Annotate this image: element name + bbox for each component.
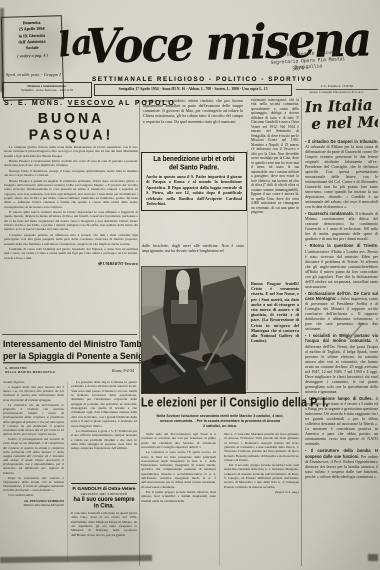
world-news-item: • Ritorna la questione di Trieste. L'amb… <box>305 243 378 288</box>
section-rule <box>141 392 299 393</box>
gandolfi-continuation-mid: dalle biciclette, dagli aerei alle medic… <box>142 243 244 264</box>
elections-headline: Le elezioni per il Consiglio della P. I. <box>141 395 299 410</box>
administration-box: Direzione e Amministrazione: Senigallia … <box>2 82 92 98</box>
tambroni-byline-row: IL MINISTRO DELLA MARINA MERCANTILE Roma… <box>3 367 138 379</box>
kicker-underlined: VESCOVO <box>68 100 115 107</box>
world-item-body: Il Segretario americano si è recato a Lo… <box>305 396 378 446</box>
column-divider <box>139 100 140 566</box>
admin-line: Senigallia - presso Episcopio - Telef. 6… <box>4 88 90 92</box>
tambroni-byline-left: IL MINISTRO DELLA MARINA MERCANTILE <box>5 367 56 375</box>
blessing-box-body: Anche in questo anno il S. Padre imparti… <box>146 174 242 207</box>
column-divider <box>247 150 248 390</box>
world-headline-line: e nel Mondo. <box>311 114 378 134</box>
subhead-line: 2 cattolici, un laico. <box>141 424 299 429</box>
byline-line: DELLA MARINA MERCANTILE <box>5 371 56 375</box>
world-news-item: • I socialisti in Belgio portano via l'a… <box>305 333 378 394</box>
event-line: Sociale <box>5 44 60 52</box>
paragraph: E' invece della nuova creatura risorta i… <box>4 210 138 232</box>
kicker-text: S. E. MONS. <box>4 100 68 107</box>
tambroni-letter-col2: La presenza della Sig.ra Contessa in que… <box>71 380 137 565</box>
bishop-article-kicker: S. E. MONS. VESCOVO AL POPOLO <box>4 100 138 107</box>
paragraph: Per il secondo gruppo (scuole tecniche) … <box>224 463 299 489</box>
pencil-checkmark <box>340 320 366 342</box>
world-item-body: A differenza dell'On. Nenni, che porta l… <box>305 338 378 393</box>
paragraph: Dopo la costruzione del muretto e l'info… <box>3 476 64 493</box>
tambroni-col2-text: La presenza della Sig.ra Contessa in que… <box>71 380 137 480</box>
paragraph: Inoltre, il prolungamento del muretto di… <box>3 437 64 475</box>
tambroni-headline: Interessamento del Ministro Tambroni per… <box>3 338 138 363</box>
elections-body-columns: Nella sede del Provveditorato agli Studi… <box>141 432 299 560</box>
paragraph: La cittadinanza è grata a S. E. Tambroni… <box>71 429 137 451</box>
paragraph: Buona Pasqua! è quindi un augurio di pri… <box>4 179 138 210</box>
cc-line: presso Consiglio Diocesano G.P. d. A.C. <box>296 89 378 95</box>
blessing-box-title: La benedizione urbi et orbi del Santo Pa… <box>146 155 242 172</box>
resurrection-photo <box>141 266 246 394</box>
paragraph: Le comunico che da accertamenti in propo… <box>3 403 64 436</box>
elections-subhead: Nella Sezione Istruzione secondaria elet… <box>141 414 299 429</box>
postal-account-line: C.C. Postale n. 13/9762 presso Consiglio… <box>296 84 378 95</box>
tambroni-letter-col1: Gentile Signora, a seguito della mia par… <box>3 380 64 565</box>
blessing-title-line: del Santo Padre. <box>146 164 242 172</box>
newspaper-front-page: Domenica 25 Aprile 1954 la IX Giornata d… <box>0 0 380 570</box>
elections-article: Le elezioni per il Consiglio della P. I.… <box>141 395 299 560</box>
tambroni-byline-date: Roma, 9-4-54 <box>112 368 134 373</box>
world-item-body: Al tribunale di Milano per la nota causa… <box>305 144 378 209</box>
continuation-note: (Segue in 4. pag.) <box>224 490 299 494</box>
signature-line: Ministro della Marina Mercantile <box>3 504 64 508</box>
world-news-item: • Guareschi condannato. Il tribunale di … <box>305 211 378 241</box>
papal-blessing-box: La benedizione urbi et orbi del Santo Pa… <box>141 152 247 211</box>
photo-caption: Buona Pasqua: fratelli! Cristo è veramen… <box>251 281 299 391</box>
event-note: ( vedere a pag. 4 ) <box>5 53 60 61</box>
world-news-item: • Il cittadino De Gasperi in tribunale. … <box>305 139 378 210</box>
resurrection-photo-image <box>141 266 246 394</box>
gandolfi-body: P. Giacomo Gandolfi è ritornato in quest… <box>71 511 137 557</box>
gandolfi-article: P. GANDOLFI di Ostra-Vetere cacciato dai… <box>71 483 137 557</box>
world-items-list: • Il cittadino De Gasperi in tribunale. … <box>305 139 378 479</box>
bishop-easter-article: S. E. MONS. VESCOVO AL POPOLO BUONA PASQ… <box>4 100 138 335</box>
paragraph: La presenza della Sig.ra Contessa in que… <box>71 380 137 428</box>
gandolfi-continuation-strip: estenuanti interrogatori, chè la vita ne… <box>251 98 299 258</box>
tambroni-headline-line1: Interessamento del Ministro Tambroni <box>3 338 138 350</box>
paragraph: Gentile Signora, <box>3 380 64 384</box>
section-rule <box>2 334 137 335</box>
paragraph: Le campane giulive festose nella notte d… <box>4 145 138 158</box>
elections-col1: Nella sede del Provveditorato agli Studi… <box>141 432 216 560</box>
paragraph: a seguito della mia pari numero del 3 ma… <box>3 385 64 402</box>
gandolfi-continuation-top: sacrifici, aveva prodotto ottimi risulta… <box>143 98 243 148</box>
world-news-item: • La missione lampo di Dulles. Il Segret… <box>305 396 378 446</box>
paragraph: Cantiamo di cuore tutti l'Alleluja nel g… <box>4 247 138 260</box>
elections-col2: lista n. 2: Giacomo Martinez preside del… <box>224 432 299 560</box>
bishop-signature: ✠ UMBERTO Vescovo <box>4 261 138 266</box>
world-column-headline: In Italia e nel Mondo. <box>305 98 378 134</box>
world-news-item: • Il costruttore della bomba H sospeso d… <box>305 448 378 478</box>
gandolfi-headline-line3: ha il suo cuore sempre in Cina. <box>71 496 137 509</box>
postal-shipping-line: Sped. in abb. post. - Gruppo I <box>6 72 61 77</box>
paragraph: Con cordiali saluti. <box>3 493 64 497</box>
column-divider <box>301 97 302 566</box>
world-item-body: L'ambasciatore d'Italia a Londra avv. Br… <box>305 249 378 289</box>
tambroni-headline-line2: per la Spiaggia di Ponente a Senigallia <box>3 350 160 363</box>
gandolfi-headline-line2: cacciato dai comunisti <box>71 491 137 496</box>
paragraph: L'augurio pasquale paterno ed affettuoso… <box>4 233 138 246</box>
paragraph: lista n. 2: Giacomo Martinez preside del… <box>224 432 299 462</box>
tambroni-signature: On. FERNANDO TAMBRONI Ministro della Mar… <box>3 500 64 508</box>
paragraph: Risorge Cristo il Redentore, risorge il … <box>4 169 138 178</box>
blessing-title-line: La benedizione urbi et orbi <box>146 155 242 163</box>
tambroni-article: Interessamento del Ministro Tambroni per… <box>3 338 138 565</box>
world-item-body: Il tribunale di Milano, correttamente al… <box>305 211 378 241</box>
paragraph: Le votazioni si sono svolte l'8 aprile s… <box>141 450 216 489</box>
paragraph: Buona Pasqua! è l'espressione amica cord… <box>4 159 138 168</box>
paragraph: Nella sede del Provveditorato agli Studi… <box>141 432 216 449</box>
bishop-article-body: Le campane giulive festose nella notte d… <box>4 145 138 335</box>
dateline-box: Senigallia 17 Aprile 1954 - Anno III N. … <box>94 84 292 96</box>
masthead-subtitle: SETTIMANALE RELIGIOSO - POLITICO - SPORT… <box>92 76 313 83</box>
tambroni-letter-columns: Gentile Signora, a seguito della mia par… <box>3 380 138 565</box>
easter-headline: BUONA PASQUA! <box>4 109 138 143</box>
paragraph: Per il primo gruppo (scuole medie inferi… <box>141 490 216 503</box>
